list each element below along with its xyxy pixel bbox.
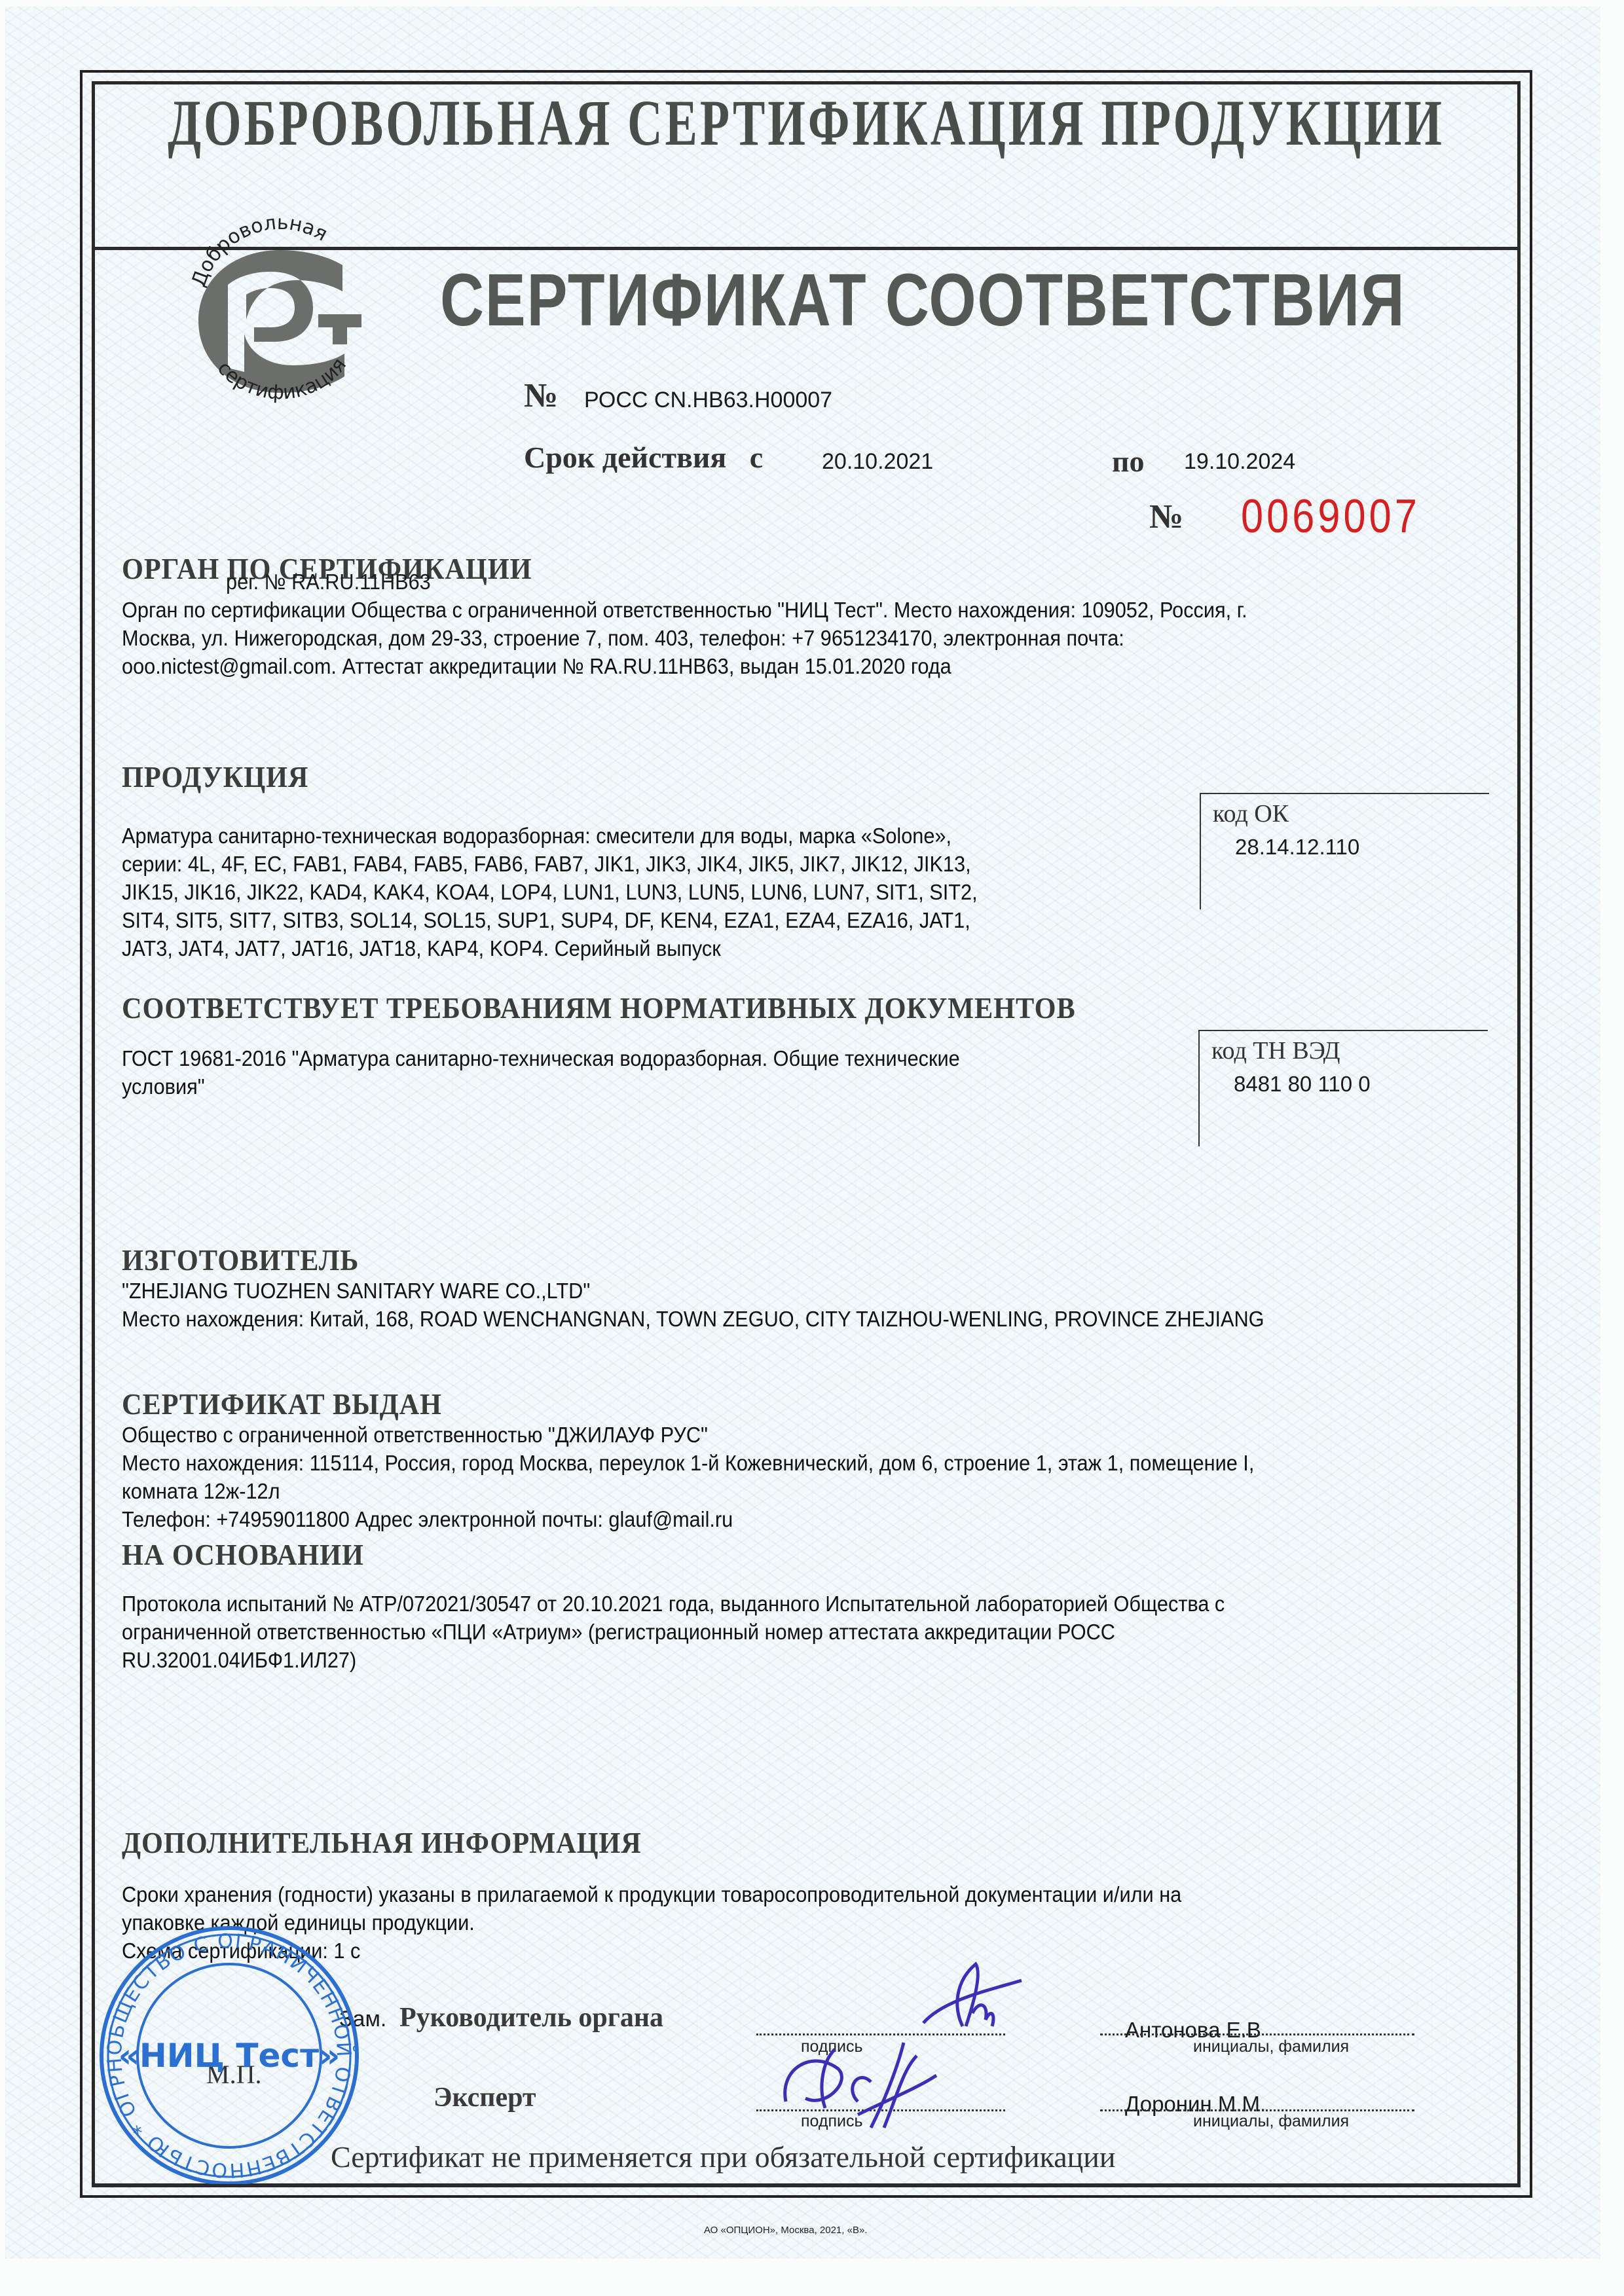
text-line: Телефон: +74959011800 Адрес электронной … [122, 1505, 1522, 1533]
text-line: JIK15, JIK16, JIK22, KAD4, KAK4, KOA4, L… [122, 878, 1279, 906]
tn-ved-code-value: 8481 80 110 0 [1234, 1072, 1371, 1097]
ok-code-label: код ОК [1213, 799, 1289, 828]
ok-code-box: код ОК 28.14.12.110 [1200, 793, 1489, 909]
product-description: Арматура санитарно-техническая водоразбо… [122, 822, 1279, 962]
valid-to-label: по [1112, 444, 1145, 479]
basis-heading: НА ОСНОВАНИИ [122, 1537, 364, 1572]
head-name-line [1100, 2033, 1414, 2035]
text-line: Протокола испытаний № АТР/072021/30547 о… [122, 1590, 1522, 1618]
text-line: SIT4, SIT5, SIT7, SITB3, SOL14, SOL15, S… [122, 906, 1279, 934]
text-line: Место нахождения: 115114, Россия, город … [122, 1449, 1522, 1477]
basis-details: Протокола испытаний № АТР/072021/30547 о… [122, 1590, 1522, 1674]
expert-label: Эксперт [434, 2082, 536, 2113]
manufacturer-details: "ZHEJIANG TUOZHEN SANITARY WARE CO.,LTD"… [122, 1277, 1522, 1333]
expert-name-line [1100, 2109, 1414, 2111]
text-line: условия" [122, 1072, 1279, 1101]
text-line: Место нахождения: Китай, 168, ROAD WENCH… [122, 1305, 1522, 1333]
blank-number: 0069007 [1241, 490, 1420, 543]
text-line: Арматура санитарно-техническая водоразбо… [122, 822, 1279, 850]
text-line: "ZHEJIANG TUOZHEN SANITARY WARE CO.,LTD" [122, 1277, 1522, 1305]
text-line: Сроки хранения (годности) указаны в прил… [122, 1880, 1522, 1908]
text-line: ограниченной ответственностью «ПЦИ «Атри… [122, 1618, 1522, 1646]
head-name-caption: инициалы, фамилия [1193, 2037, 1349, 2056]
main-title: СЕРТИФИКАТ СООТВЕТСТВИЯ [440, 257, 1405, 342]
tn-ved-code-label: код ТН ВЭД [1211, 1036, 1340, 1065]
tn-ved-code-box: код ТН ВЭД 8481 80 110 0 [1198, 1030, 1488, 1146]
issued-to-heading: СЕРТИФИКАТ ВЫДАН [122, 1387, 442, 1421]
additional-info-heading: ДОПОЛНИТЕЛЬНАЯ ИНФОРМАЦИЯ [122, 1825, 642, 1860]
compliance-standards: ГОСТ 19681-2016 "Арматура санитарно-техн… [122, 1044, 1279, 1101]
footer-note: Сертификат не применяется при обязательн… [331, 2140, 1116, 2174]
cert-number: РОСС CN.НВ63.Н00007 [584, 388, 832, 413]
compliance-heading: СООТВЕТСТВУЕТ ТРЕБОВАНИЯМ НОРМАТИВНЫХ ДО… [122, 991, 1076, 1025]
text-line: серии: 4L, 4F, EC, FAB1, FAB4, FAB5, FAB… [122, 850, 1279, 878]
rst-logo-icon: Добровольная сертификация [175, 196, 385, 419]
validity-label: Срок действия с [524, 440, 763, 475]
validity-label-text: Срок действия [524, 441, 726, 474]
cert-number-label: № [524, 376, 558, 415]
issued-to-details: Общество с ограниченной ответственностью… [122, 1421, 1522, 1533]
expert-signature-icon [773, 2030, 943, 2147]
text-line: JAT3, JAT4, JAT7, JAT16, JAT18, KAP4, KO… [122, 934, 1279, 962]
top-title: ДОБРОВОЛЬНАЯ СЕРТИФИКАЦИЯ ПРОДУКЦИИ [92, 86, 1521, 162]
text-line: Москва, ул. Нижегородская, дом 29-33, ст… [122, 624, 1522, 652]
organization-stamp-icon: ОБЩЕСТВО С ОГРАНИЧЕННОЙ ОТВЕТСТВЕННОСТЬЮ… [95, 1922, 363, 2190]
text-line: Орган по сертификации Общества с огранич… [122, 596, 1522, 624]
head-of-body-label: Руководитель органа [399, 2002, 663, 2033]
text-line: RU.32001.04ИБФ1.ИЛ27) [122, 1646, 1522, 1674]
text-line: Общество с ограниченной ответственностью… [122, 1421, 1522, 1449]
valid-to-date: 19.10.2024 [1184, 449, 1295, 475]
text-line: ГОСТ 19681-2016 "Арматура санитарно-техн… [122, 1044, 1279, 1072]
expert-name-caption: инициалы, фамилия [1193, 2112, 1349, 2131]
certification-body-details: Орган по сертификации Общества с огранич… [122, 596, 1522, 680]
valid-from-label: с [750, 441, 763, 474]
printer-info: АО «ОПЦИОН», Москва, 2021, «В». [704, 2225, 867, 2236]
svg-text:«НИЦ Тест»: «НИЦ Тест» [119, 2037, 341, 2075]
blank-number-label: № [1149, 498, 1183, 536]
text-line: ooo.nictest@gmail.com. Аттестат аккредит… [122, 652, 1522, 680]
ok-code-value: 28.14.12.110 [1235, 835, 1359, 860]
manufacturer-heading: ИЗГОТОВИТЕЛЬ [122, 1243, 359, 1277]
certification-body-reg-number: рег. № RA.RU.11НВ63 [226, 570, 431, 594]
product-heading: ПРОДУКЦИЯ [122, 759, 308, 794]
head-signature-icon [917, 1954, 1048, 2039]
footer-divider [92, 2184, 1521, 2187]
text-line: комната 12ж-12л [122, 1477, 1522, 1505]
valid-from-date: 20.10.2021 [822, 449, 933, 475]
